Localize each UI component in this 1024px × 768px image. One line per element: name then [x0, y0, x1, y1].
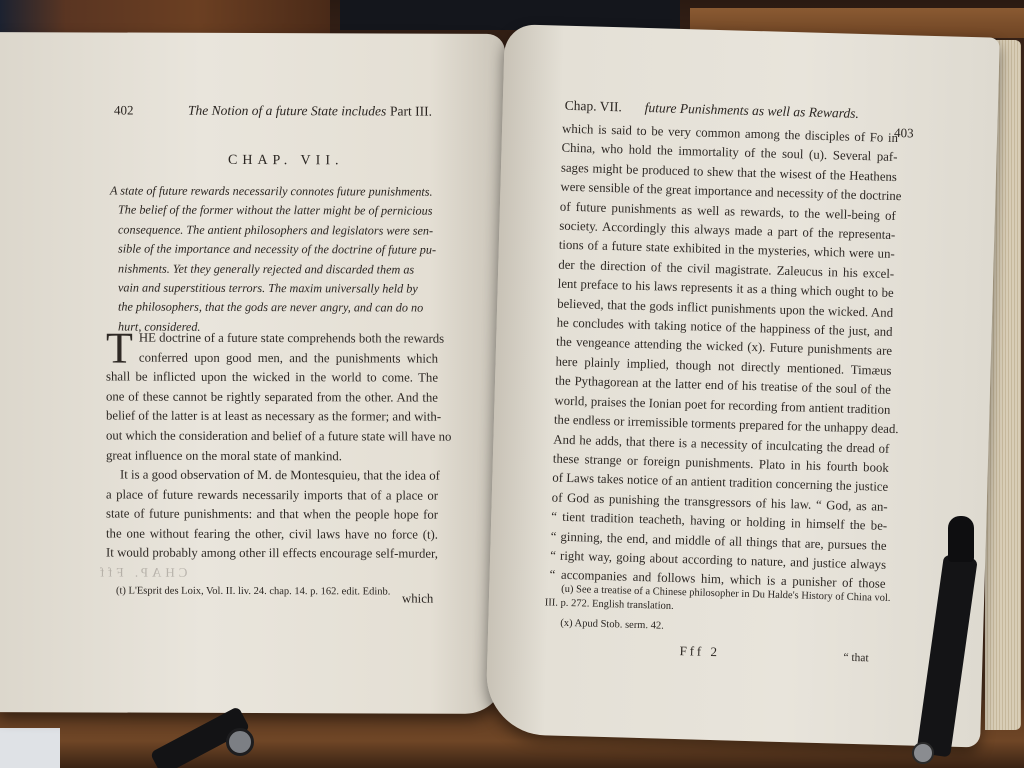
paragraph-line: the one without fearing the other, civil… — [106, 524, 438, 545]
right-chapter-ref: Chap. VII. — [565, 98, 623, 116]
paragraph-1: T HE doctrine of a future state comprehe… — [106, 328, 438, 466]
chapter-summary: A state of future rewards necessarily co… — [110, 182, 440, 338]
paragraph-2: It is a good observation of M. de Montes… — [106, 465, 438, 564]
paragraph-line: It would probably among other ill effect… — [106, 544, 438, 565]
summary-line: sible of the importance and necessity of… — [110, 240, 440, 261]
right-footnote-u-cont: III. p. 272. English translation. — [545, 595, 674, 614]
left-page: 402 The Notion of a future State include… — [0, 32, 505, 714]
right-page: Chap. VII. future Punishments as well as… — [485, 24, 1000, 748]
page-clip-right-tip — [948, 516, 974, 562]
left-part-label: Part III. — [390, 103, 432, 119]
paragraph-line: conferred upon good men, and the punishm… — [106, 348, 438, 369]
background-dark-object — [340, 0, 680, 30]
summary-line: vain and superstitious terrors. The maxi… — [110, 279, 440, 300]
left-running-title: The Notion of a future State includes — [188, 103, 386, 120]
paragraph-line: a place of future rewards necessarily im… — [106, 485, 438, 506]
paragraph-line: state of future punishments: and that wh… — [106, 505, 438, 526]
paragraph-line: It is a good observation of M. de Montes… — [106, 465, 438, 486]
summary-line: nishments. Yet they generally rejected a… — [110, 259, 440, 280]
paragraph-line: shall be inflicted upon the wicked in th… — [106, 368, 438, 389]
right-body-text: which is said to be very common among th… — [549, 120, 898, 595]
bleed-through-text: CHAP. Fff — [96, 564, 187, 580]
summary-line: the philosophers, that the gods are neve… — [110, 298, 440, 319]
background-cabinet — [0, 0, 330, 36]
left-running-head: 402 The Notion of a future State include… — [0, 102, 505, 104]
drop-cap: T — [106, 331, 133, 365]
paragraph-line: great influence on the moral state of ma… — [106, 446, 438, 467]
paragraph-line: HE doctrine of a future state comprehend… — [106, 328, 438, 349]
right-catchword: “ that — [843, 652, 869, 665]
left-page-number: 402 — [114, 103, 134, 119]
paragraph-line: belief of the latter is at least as nece… — [106, 407, 438, 428]
left-footnote: (t) L'Esprit des Loix, Vol. II. liv. 24.… — [116, 584, 390, 600]
right-running-title: future Punishments as well as Rewards. — [644, 100, 859, 122]
right-footnote-x: (x) Apud Stob. serm. 42. — [560, 616, 664, 634]
background-white-object — [0, 728, 60, 768]
summary-line: A state of future rewards necessarily co… — [110, 182, 440, 203]
screw-icon — [226, 728, 254, 756]
summary-line: The belief of the former without the lat… — [110, 201, 440, 222]
right-running-head: Chap. VII. future Punishments as well as… — [503, 96, 998, 110]
chapter-heading: CHAP. VII. — [228, 153, 343, 169]
left-catchword: which — [402, 592, 433, 607]
paragraph-line: one of these cannot be rightly separated… — [106, 387, 438, 408]
summary-line: consequence. The antient philosophers an… — [110, 220, 440, 241]
screw-icon — [912, 742, 934, 764]
signature-mark: Fff 2 — [679, 643, 720, 660]
paragraph-line: out which the consideration and belief o… — [106, 426, 438, 447]
